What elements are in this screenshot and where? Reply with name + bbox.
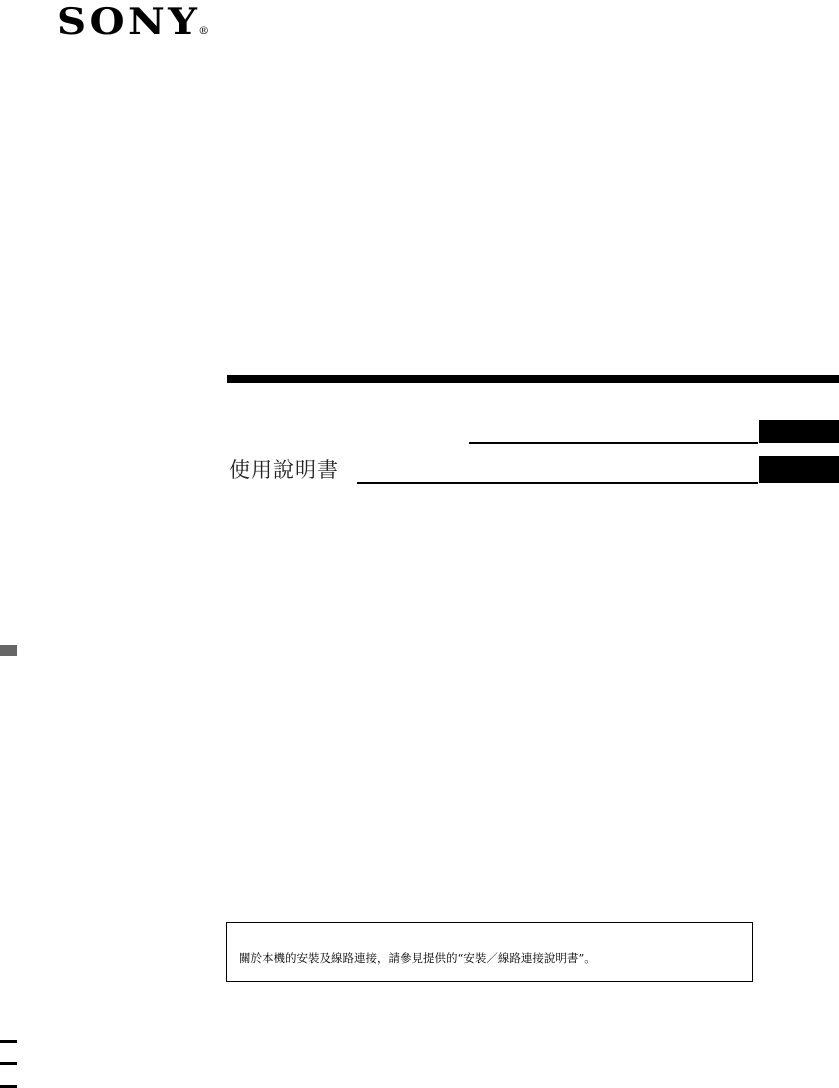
title-underline-2 — [357, 482, 758, 484]
logo-text: SONY — [57, 1, 200, 43]
language-tab-2 — [759, 456, 839, 483]
crop-mark-1 — [0, 1040, 17, 1043]
installation-notice-box: 關於本機的安裝及線路連接，請參見提供的“安裝／線路連接說明書”。 — [226, 922, 753, 982]
manual-title-2: 使用說明書 — [229, 457, 339, 483]
sony-logo: SONY® — [57, 2, 209, 52]
notice-text: 關於本機的安裝及線路連接，請參見提供的“安裝／線路連接說明書”。 — [239, 950, 596, 966]
title-underline-1 — [469, 442, 758, 444]
registered-mark: ® — [198, 26, 209, 37]
crop-mark-2 — [0, 1062, 17, 1065]
language-tab-1 — [759, 420, 839, 443]
heavy-rule-divider — [227, 375, 839, 383]
language-row-1 — [227, 420, 839, 444]
language-row-2: 使用說明書 — [227, 456, 839, 484]
side-index-marker — [0, 645, 17, 656]
